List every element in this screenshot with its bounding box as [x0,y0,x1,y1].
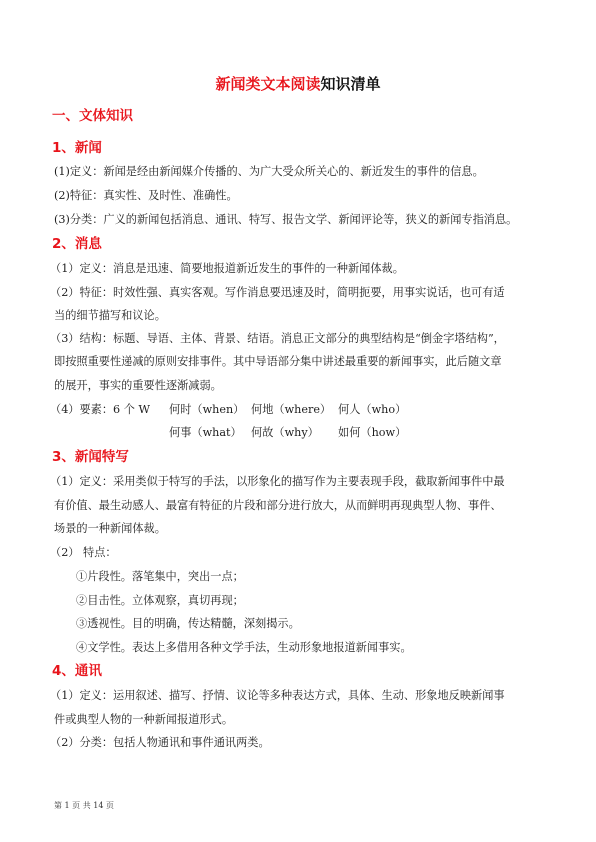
message-elements-row2: 何事（what）何故（why）如何（how） [169,425,406,441]
element-why: 何故（why） [251,425,338,441]
message-elements-row1: （4）要素：6 个 W何时（when）何地（where）何人（who） [50,402,406,418]
element-where: 何地（where） [251,402,338,418]
heading-news-feature: 3、新闻特写 [52,448,129,466]
element-how: 如何（how） [338,425,406,441]
elements-label: （4）要素：6 个 W [50,402,169,418]
title-black-part: 知识清单 [321,75,381,93]
document-page: 新闻类文本阅读知识清单 一、文体知识 1、新闻 (1)定义：新闻是经由新闻媒介传… [0,0,596,842]
feature-point-3: ③透视性。目的明确，传达精髓，深刻揭示。 [76,616,300,632]
section-heading-genre-knowledge: 一、文体知识 [52,107,133,125]
message-structure-line2: 即按照重要性递减的原则安排事件。其中导语部分集中讲述最重要的新闻事实，此后随文章 [54,354,502,370]
page-footer: 第 1 页 共 14 页 [54,800,114,811]
message-structure-line1: （3）结构：标题、导语、主体、背景、结语。消息正文部分的典型结构是“倒金字塔结构… [50,331,505,347]
element-what: 何事（what） [169,425,251,441]
message-features-line2: 当的细节描写和议论。 [54,308,166,324]
correspondence-classification: （2）分类：包括人物通讯和事件通讯两类。 [50,735,270,751]
document-title: 新闻类文本阅读知识清单 [0,74,596,94]
feature-point-1: ①片段性。落笔集中，突出一点； [76,569,244,585]
correspondence-definition-line1: （1）定义：运用叙述、描写、抒情、议论等多种表达方式，具体、生动、形象地反映新闻… [50,688,505,704]
news-classification: (3)分类：广义的新闻包括消息、通讯、特写、报告文学、新闻评论等，狭义的新闻专指… [54,212,517,228]
feature-point-4: ④文学性。表达上多借用各种文学手法，生动形象地报道新闻事实。 [76,640,412,656]
heading-correspondence: 4、通讯 [52,662,102,680]
correspondence-definition-line2: 件或典型人物的一种新闻报道形式。 [54,712,233,728]
feature-definition-line2: 有价值、最生动感人、最富有特征的片段和部分进行放大，从而鲜明再现典型人物、事件、 [54,498,502,514]
heading-news: 1、新闻 [52,139,102,157]
message-features-line1: （2）特征：时效性强、真实客观。写作消息要迅速及时，简明扼要，用事实说话，也可有… [50,285,505,301]
news-features: (2)特征：真实性、及时性、准确性。 [54,188,238,204]
message-structure-line3: 的展开，事实的重要性逐渐减弱。 [54,378,222,394]
feature-traits-label: （2） 特点： [50,545,117,561]
title-red-part: 新闻类文本阅读 [215,75,320,93]
news-definition: (1)定义：新闻是经由新闻媒介传播的、为广大受众所关心的、新近发生的事件的信息。 [54,164,484,180]
message-definition: （1）定义：消息是迅速、简要地报道新近发生的事件的一种新闻体裁。 [50,261,404,277]
element-when: 何时（when） [169,402,251,418]
feature-point-2: ②目击性。立体观察，真切再现； [76,593,244,609]
feature-definition-line1: （1）定义：采用类似于特写的手法，以形象化的描写作为主要表现手段，截取新闻事件中… [50,474,505,490]
heading-message: 2、消息 [52,235,102,253]
feature-definition-line3: 场景的一种新闻体裁。 [54,521,166,537]
element-who: 何人（who） [338,402,406,418]
